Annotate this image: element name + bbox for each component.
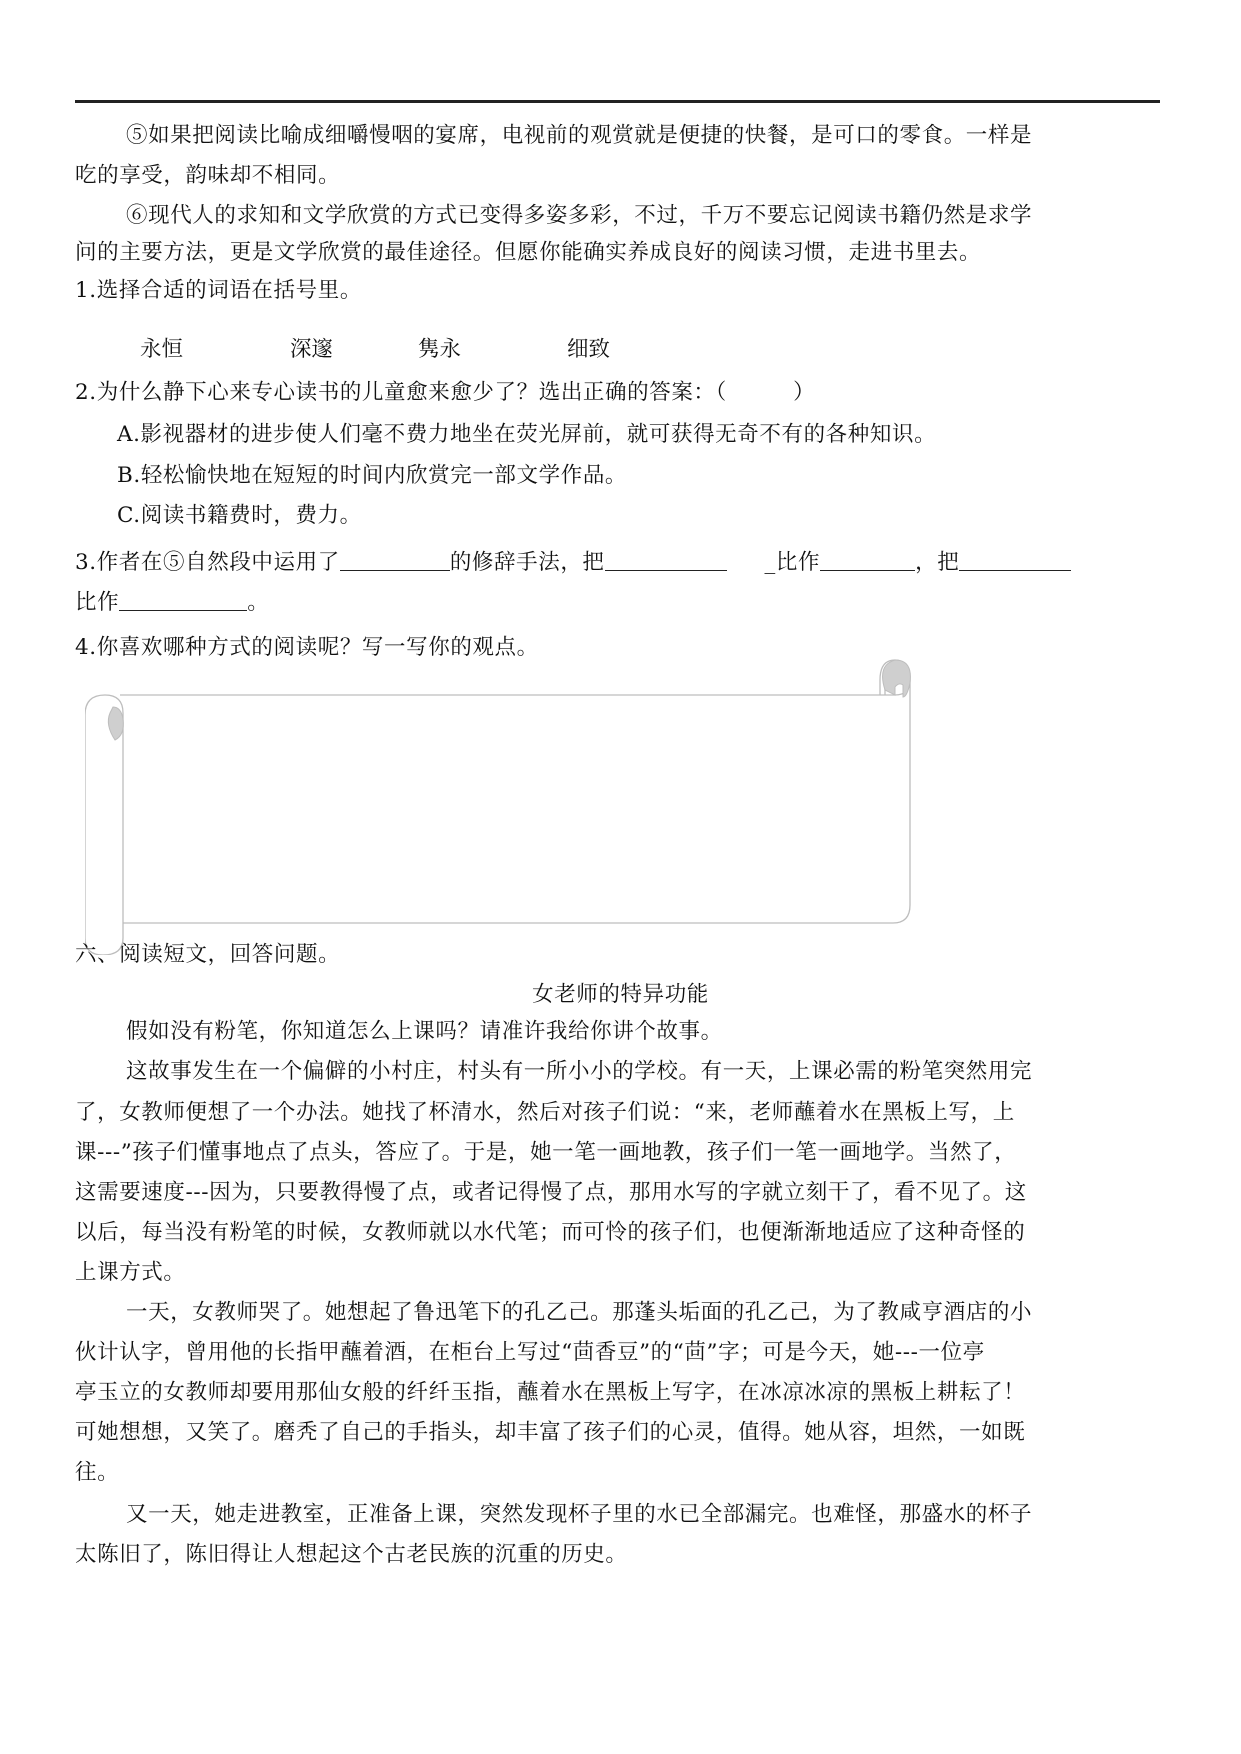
- q2-option-a: A.影视器材的进步使人们毫不费力地坐在荧光屏前，就可获得无奇不有的各种知识。: [117, 420, 936, 450]
- story-line-9: 伙计认字，曾用他的长指甲蘸着酒，在柜台上写过“茴香豆”的“茴”字；可是今天，她-…: [75, 1338, 985, 1368]
- q3-text-2: 的修辞手法，把: [450, 550, 605, 575]
- story-line-4: 课---”孩子们懂事地点了点头，答应了。于是，她一笔一画地教，孩子们一笔一画地学…: [75, 1138, 1016, 1168]
- story-line-6: 以后，每当没有粉笔的时候，女教师就以水代笔；而可怜的孩子们，也便渐渐地适应了这种…: [75, 1218, 1025, 1248]
- story-line-13: 又一天，她走进教室，正准备上课，突然发现杯子里的水已全部漏完。也难怪，那盛水的杯…: [126, 1500, 1032, 1530]
- q3-blank-5[interactable]: [119, 588, 247, 611]
- story-line-10: 亭玉立的女教师却要用那仙女般的纤纤玉指，蘸着水在黑板上写字，在冰凉冰凉的黑板上耕…: [75, 1378, 1025, 1408]
- story-title: 女老师的特异功能: [0, 980, 1241, 1010]
- para6-line1: ⑥现代人的求知和文学欣赏的方式已变得多姿多彩，不过，千万不要忘记阅读书籍仍然是求…: [126, 201, 1032, 231]
- word-option-3: 隽永: [418, 335, 461, 365]
- story-line-7: 上课方式。: [75, 1258, 186, 1288]
- word-option-1: 永恒: [140, 335, 183, 365]
- word-option-4: 细致: [567, 335, 610, 365]
- header-rule: [75, 100, 1160, 103]
- para5-line2: 吃的享受，韵味却不相同。: [75, 161, 340, 191]
- story-line-11: 可她想想，又笑了。磨秃了自己的手指头，却丰富了孩子们的心灵，值得。她从容，坦然，…: [75, 1418, 1025, 1448]
- question-2: 2.为什么静下心来专心读书的儿童愈来愈少了？选出正确的答案：（ ）: [75, 378, 815, 408]
- q3-text-4: ，把: [915, 550, 959, 575]
- word-option-2: 深邃: [290, 335, 333, 365]
- question-3: 3.作者在⑤自然段中运用了的修辞手法，把_比作，把: [75, 548, 1071, 578]
- q2-option-c: C.阅读书籍费时，费力。: [117, 501, 362, 531]
- para5-line1: ⑤如果把阅读比喻成细嚼慢咽的宴席，电视前的观赏就是便捷的快餐，是可口的零食。一样…: [126, 121, 1032, 151]
- story-line-5: 这需要速度---因为，只要教得慢了点，或者记得慢了点，那用水写的字就立刻干了，看…: [75, 1178, 1027, 1208]
- q3-text-1: 3.作者在⑤自然段中运用了: [75, 550, 340, 575]
- q3-text-3: _比作: [765, 550, 821, 575]
- q3-blank-4[interactable]: [959, 548, 1071, 571]
- question-1: 1.选择合适的词语在括号里。: [75, 276, 362, 306]
- q3-text-5: 比作: [75, 590, 119, 615]
- story-line-8: 一天，女教师哭了。她想起了鲁迅笔下的孔乙己。那蓬头垢面的孔乙己，为了教咸亨酒店的…: [126, 1298, 1032, 1328]
- q3-blank-3[interactable]: [820, 548, 915, 571]
- para6-line2: 问的主要方法，更是文学欣赏的最佳途径。但愿你能确实养成良好的阅读习惯，走进书里去…: [75, 238, 981, 268]
- story-line-3: 了，女教师便想了一个办法。她找了杯清水，然后对孩子们说：“来，老师蘸着水在黑板上…: [75, 1098, 1015, 1128]
- question-3-cont: 比作。: [75, 588, 269, 618]
- q3-blank-1[interactable]: [340, 548, 450, 571]
- section-6-heading: 六、阅读短文，回答问题。: [75, 940, 340, 970]
- story-line-14: 太陈旧了，陈旧得让人想起这个古老民族的沉重的历史。: [75, 1540, 628, 1570]
- answer-scroll-box[interactable]: [85, 655, 925, 955]
- q3-text-6: 。: [247, 590, 269, 615]
- q2-option-b: B.轻松愉快地在短短的时间内欣赏完一部文学作品。: [117, 461, 627, 491]
- story-line-2: 这故事发生在一个偏僻的小村庄，村头有一所小小的学校。有一天，上课必需的粉笔突然用…: [126, 1057, 1032, 1087]
- story-line-12: 往。: [75, 1458, 119, 1488]
- q3-blank-2[interactable]: [605, 548, 727, 571]
- story-line-1: 假如没有粉笔，你知道怎么上课吗？请准许我给你讲个故事。: [126, 1017, 723, 1047]
